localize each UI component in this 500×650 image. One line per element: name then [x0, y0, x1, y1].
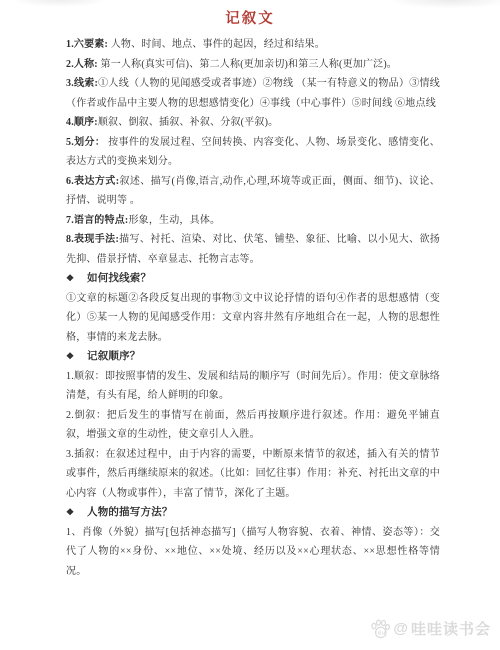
- watermark: du @ 哇哇读书会: [370, 618, 491, 639]
- item-text: 在叙述过程中，由于内容的需要，中断原来情节的叙述，插入有关的情节或事件，然后再继…: [66, 449, 440, 499]
- person-item-1: 1、肖像（外貌）描写[包括神态描写]（描写人物容貌、衣着、神情、姿态等）：交代了…: [66, 523, 440, 582]
- at-symbol: @: [393, 620, 409, 637]
- item-label: 5.划分：: [66, 137, 108, 148]
- svg-text:du: du: [378, 630, 387, 636]
- document-body: 1.六要素: 人物、时间、地点、事件的起因，经过和结果。 2.人称: 第一人称(…: [0, 28, 500, 581]
- diamond-bullet-icon: ❖: [66, 347, 87, 367]
- basics-item-3: 3.线索:①人线（人物的见闻感受或者事迹）②物线 （某一有特意义的物品）③情线（…: [66, 74, 440, 113]
- watermark-name: 哇哇读书会: [411, 618, 491, 639]
- order-item-2: 2.倒叙：把后发生的事情写在前面，然后再按顺序进行叙述。作用：避免平铺直叙，增强…: [66, 406, 440, 445]
- heading-text: 人物的描写方法？: [87, 507, 173, 518]
- item-label: 4.顺序:: [66, 117, 98, 128]
- heading-text: 记叙顺序？: [87, 351, 141, 362]
- basics-item-2: 2.人称: 第一人称(真实可信)、第二人称(更加亲切)和第三人称(更加广泛)。: [66, 55, 440, 75]
- item-text: 把后发生的事情写在前面，然后再按顺序进行叙述。作用：避免平铺直叙，增强文章的生动…: [66, 410, 440, 441]
- item-text: 叙述、描写(肖像,语言,动作,心理,环境等或正面，侧面、细节)、议论、抒情、说明…: [66, 176, 440, 207]
- item-label: 3.插叙：: [66, 449, 106, 460]
- heading-text: 如何找线索？: [87, 273, 151, 284]
- item-label: 1.顺叙：: [66, 371, 105, 382]
- heading-character-description-methods: ❖人物的描写方法？: [66, 503, 440, 523]
- clues-answer: ①文章的标题②各段反复出现的事物③文中议论抒情的语句④作者的思想感情（变化）⑤某…: [66, 289, 440, 348]
- basics-item-6: 6.表达方式:叙述、描写(肖像,语言,动作,心理,环境等或正面，侧面、细节)、议…: [66, 172, 440, 211]
- basics-item-1: 1.六要素: 人物、时间、地点、事件的起因，经过和结果。: [66, 35, 440, 55]
- basics-item-8: 8.表现手法:描写、衬托、渲染、对比、伏笔、铺垫、象征、比喻、以小见大、欲扬先抑…: [66, 230, 440, 269]
- item-label: 2.人称:: [66, 59, 101, 70]
- basics-item-7: 7.语言的特点:形象，生动，具体。: [66, 211, 440, 231]
- diamond-bullet-icon: ❖: [66, 269, 87, 289]
- item-text: 描写、衬托、渲染、对比、伏笔、铺垫、象征、比喻、以小见大、欲扬先抑、借景抒情、卒…: [66, 234, 440, 265]
- item-label: 8.表现手法:: [66, 234, 119, 245]
- item-label: 1.六要素:: [66, 39, 111, 50]
- item-text: 顺叙、倒叙、插叙、补叙、分叙(平叙)。: [98, 117, 278, 128]
- item-text: 按事件的发展过程、空间转换、内容变化、人物、场景变化、感情变化、表达方式的变换来…: [66, 137, 440, 168]
- heading-how-to-find-clues: ❖如何找线索？: [66, 269, 440, 289]
- item-text: 形象，生动，具体。: [128, 215, 220, 226]
- item-text: 人物、时间、地点、事件的起因，经过和结果。: [111, 39, 325, 50]
- item-label: 1、: [66, 527, 82, 538]
- item-text: 第一人称(真实可信)、第二人称(更加亲切)和第三人称(更加广泛)。: [101, 59, 398, 70]
- heading-narrative-order: ❖记叙顺序？: [66, 347, 440, 367]
- baidu-paw-icon: du: [370, 619, 391, 639]
- basics-item-5: 5.划分： 按事件的发展过程、空间转换、内容变化、人物、场景变化、感情变化、表达…: [66, 133, 440, 172]
- item-label: 7.语言的特点:: [66, 215, 128, 226]
- item-text: ①人线（人物的见闻感受或者事迹）②物线 （某一有特意义的物品）③情线（作者或作品…: [66, 78, 440, 109]
- document-page: 记叙文 1.六要素: 人物、时间、地点、事件的起因，经过和结果。 2.人称: 第…: [0, 0, 500, 650]
- diamond-bullet-icon: ❖: [66, 503, 87, 523]
- item-label: 3.线索:: [66, 78, 98, 89]
- order-item-1: 1.顺叙：即按照事情的发生、发展和结局的顺序写（时间先后）。作用：使文章脉络清楚…: [66, 367, 440, 406]
- item-text: 肖像（外貌）描写[包括神态描写]（描写人物容貌、衣着、神情、姿态等）：交代了人物…: [66, 527, 440, 577]
- item-label: 2.倒叙：: [66, 410, 107, 421]
- order-item-3: 3.插叙：在叙述过程中，由于内容的需要，中断原来情节的叙述，插入有关的情节或事件…: [66, 445, 440, 504]
- page-title: 记叙文: [0, 0, 500, 28]
- basics-item-4: 4.顺序:顺叙、倒叙、插叙、补叙、分叙(平叙)。: [66, 113, 440, 133]
- item-text: 即按照事情的发生、发展和结局的顺序写（时间先后）。作用：使文章脉络清楚，有头有尾…: [66, 371, 440, 402]
- item-label: 6.表达方式:: [66, 176, 119, 187]
